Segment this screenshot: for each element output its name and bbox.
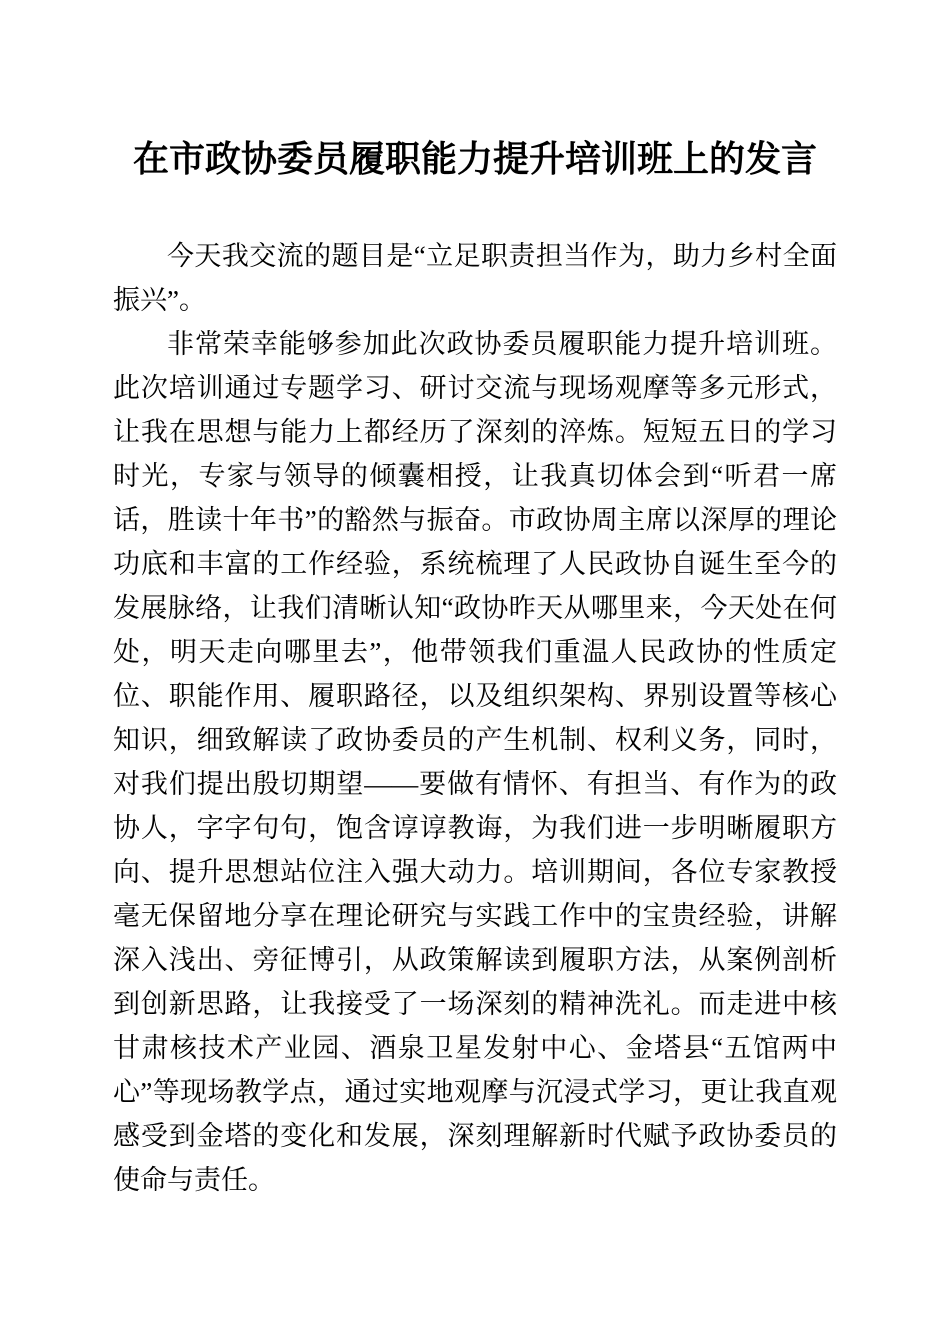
- document-page: 在市政协委员履职能力提升培训班上的发言 今天我交流的题目是“立足职责担当作为，助…: [0, 0, 950, 1344]
- paragraph: 非常荣幸能够参加此次政协委员履职能力提升培训班。此次培训通过专题学习、研讨交流与…: [113, 322, 837, 1202]
- document-body: 今天我交流的题目是“立足职责担当作为，助力乡村全面振兴”。非常荣幸能够参加此次政…: [113, 234, 837, 1202]
- document-title: 在市政协委员履职能力提升培训班上的发言: [113, 132, 837, 186]
- paragraph: 今天我交流的题目是“立足职责担当作为，助力乡村全面振兴”。: [113, 234, 837, 322]
